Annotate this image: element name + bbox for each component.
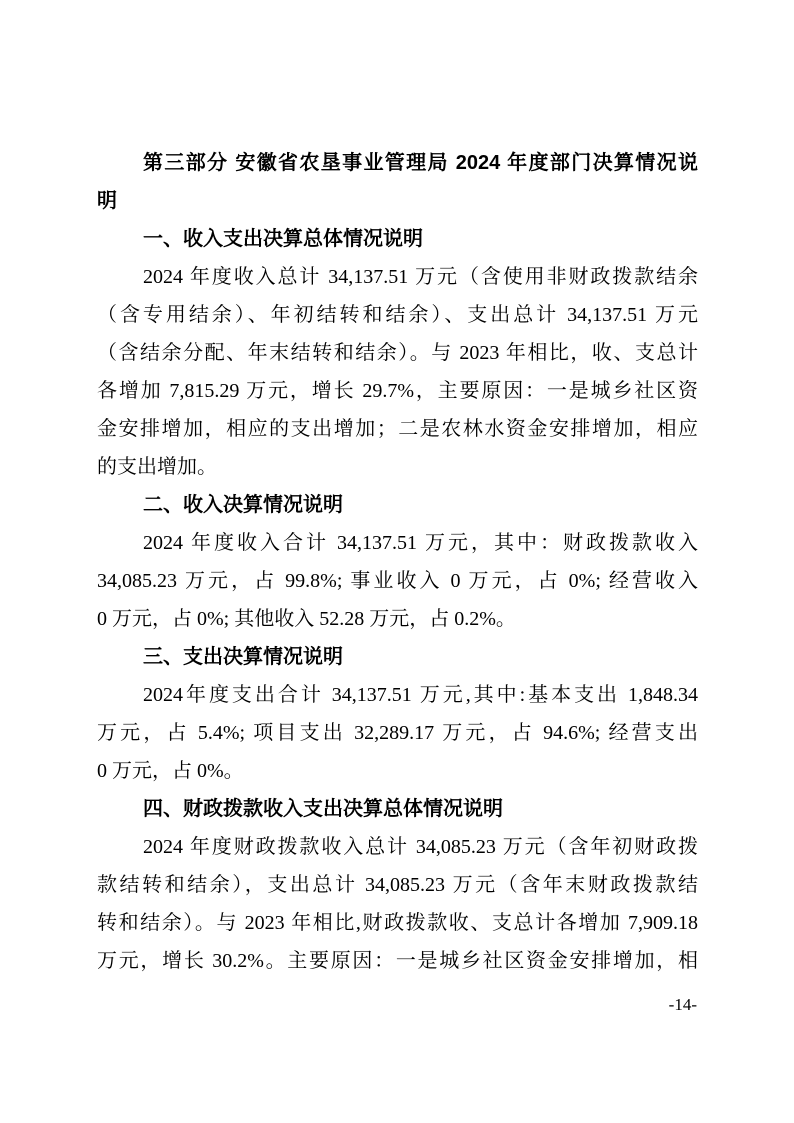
body-line: 的支出增加。 [97, 448, 698, 486]
body-line: 万元，增长 30.2%。主要原因：一是城乡社区资金安排增加，相 [97, 942, 698, 980]
body-line: （含结余分配、年末结转和结余）。与 2023 年相比，收、支总计 [97, 334, 698, 372]
section-heading-4: 四、财政拨款收入支出决算总体情况说明 [97, 790, 698, 828]
section-heading-1: 一、收入支出决算总体情况说明 [97, 220, 698, 258]
document-title-line-1: 第三部分 安徽省农垦事业管理局 2024 年度部门决算情况说 [97, 144, 698, 182]
body-line: 万元，占 5.4%; 项目支出 32,289.17 万元，占 94.6%; 经营… [97, 714, 698, 752]
document-page-content: 第三部分 安徽省农垦事业管理局 2024 年度部门决算情况说 明 一、收入支出决… [97, 144, 698, 980]
body-line: 2024 年度财政拨款收入总计 34,085.23 万元（含年初财政拨 [97, 828, 698, 866]
body-line: 0 万元，占 0%; 其他收入 52.28 万元，占 0.2%。 [97, 600, 698, 638]
section-heading-3: 三、支出决算情况说明 [97, 638, 698, 676]
body-line: 34,085.23 万元，占 99.8%; 事业收入 0 万元，占 0%; 经营… [97, 562, 698, 600]
body-line: 0 万元，占 0%。 [97, 752, 698, 790]
body-line: 2024 年度收入总计 34,137.51 万元（含使用非财政拨款结余 [97, 258, 698, 296]
body-line: 2024 年度收入合计 34,137.51 万元，其中：财政拨款收入 [97, 524, 698, 562]
body-line: 款结转和结余），支出总计 34,085.23 万元（含年末财政拨款结 [97, 866, 698, 904]
section-heading-2: 二、收入决算情况说明 [97, 486, 698, 524]
body-line: （含专用结余）、年初结转和结余）、支出总计 34,137.51 万元 [97, 296, 698, 334]
document-title-line-2: 明 [97, 182, 698, 220]
body-line: 2024年度支出合计 34,137.51 万元,其中:基本支出 1,848.34 [97, 676, 698, 714]
page-number: -14- [669, 990, 697, 1020]
body-line: 金安排增加，相应的支出增加；二是农林水资金安排增加，相应 [97, 410, 698, 448]
body-line: 各增加 7,815.29 万元，增长 29.7%，主要原因：一是城乡社区资 [97, 372, 698, 410]
body-line: 转和结余）。与 2023 年相比,财政拨款收、支总计各增加 7,909.18 [97, 904, 698, 942]
